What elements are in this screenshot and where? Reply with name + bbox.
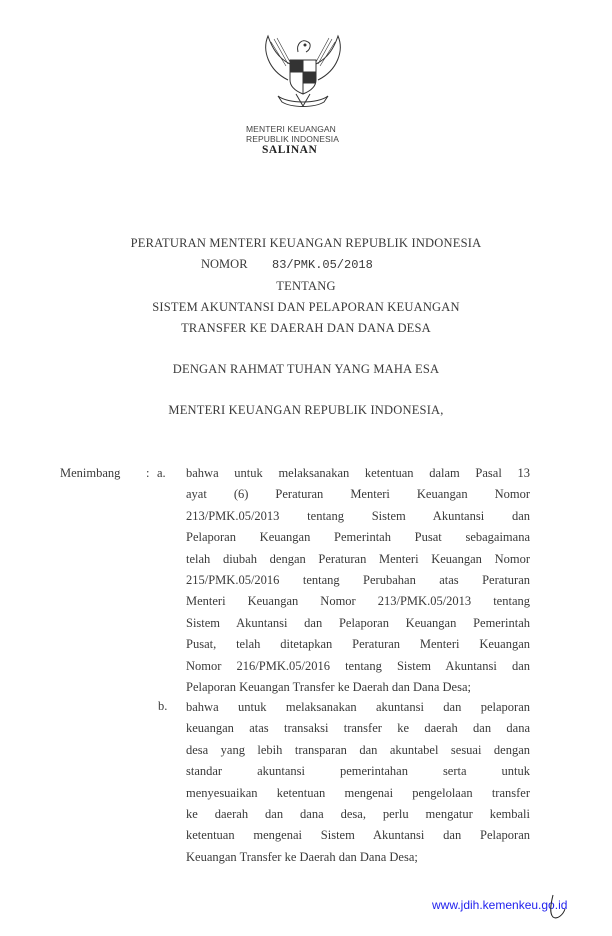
subject-line-1: SISTEM AKUNTANSI DAN PELAPORAN KEUANGAN [0, 300, 612, 315]
item-a-text: bahwa untuk melaksanakan ketentuan dalam… [186, 463, 530, 698]
text-line: Pelaporan Keuangan Pemerintah Pusat seba… [186, 527, 530, 548]
signature-mark-icon [545, 893, 569, 921]
text-line: desa yang lebih transparan dan akuntabel… [186, 740, 530, 761]
subject-line-2: TRANSFER KE DAERAH DAN DANA DESA [0, 321, 612, 336]
text-line: 215/PMK.05/2016 tentang Perubahan atas P… [186, 570, 530, 591]
text-line: bahwa untuk melaksanakan ketentuan dalam… [186, 463, 530, 484]
text-line: 213/PMK.05/2013 tentang Sistem Akuntansi… [186, 506, 530, 527]
text-line: Nomor 216/PMK.05/2016 tentang Sistem Aku… [186, 656, 530, 677]
invocation: DENGAN RAHMAT TUHAN YANG MAHA ESA [0, 362, 612, 377]
text-line: keuangan atas transaksi transfer ke daer… [186, 718, 530, 739]
issuing-authority: MENTERI KEUANGAN REPUBLIK INDONESIA, [0, 403, 612, 418]
item-b-text: bahwa untuk melaksanakan akuntansi dan p… [186, 697, 530, 868]
text-line: standar akuntansi pemerintahan serta unt… [186, 761, 530, 782]
menimbang-label: Menimbang [60, 466, 120, 481]
item-b-marker: b. [158, 699, 167, 714]
text-line: Menteri Keuangan Nomor 213/PMK.05/2013 t… [186, 591, 530, 612]
nomor-label: NOMOR [201, 257, 248, 272]
text-line: menyesuaikan ketentuan mengenai pengelol… [186, 783, 530, 804]
text-line: Sistem Akuntansi dan Pelaporan Keuangan … [186, 613, 530, 634]
letterhead-ministry: MENTERI KEUANGAN [246, 124, 366, 134]
text-line: bahwa untuk melaksanakan akuntansi dan p… [186, 697, 530, 718]
nomor-value: 83/PMK.05/2018 [272, 258, 373, 272]
text-line: ke daerah dan dana desa, perlu mengatur … [186, 804, 530, 825]
text-line: ayat (6) Peraturan Menteri Keuangan Nomo… [186, 484, 530, 505]
text-line: Keuangan Transfer ke Daerah dan Dana Des… [186, 847, 530, 868]
text-line: telah diubah dengan Peraturan Menteri Ke… [186, 549, 530, 570]
menimbang-colon: : [146, 466, 149, 481]
text-line: ketentuan mengenai Sistem Akuntansi dan … [186, 825, 530, 846]
text-line: Pelaporan Keuangan Transfer ke Daerah da… [186, 677, 530, 698]
text-line: Pusat, telah ditetapkan Peraturan Menter… [186, 634, 530, 655]
tentang-label: TENTANG [0, 279, 612, 294]
garuda-emblem-icon [258, 30, 348, 116]
item-a-marker: a. [157, 466, 166, 481]
regulation-title: PERATURAN MENTERI KEUANGAN REPUBLIK INDO… [0, 236, 612, 251]
letterhead-country: REPUBLIK INDONESIA [246, 134, 366, 144]
salinan-stamp: SALINAN [262, 144, 317, 156]
